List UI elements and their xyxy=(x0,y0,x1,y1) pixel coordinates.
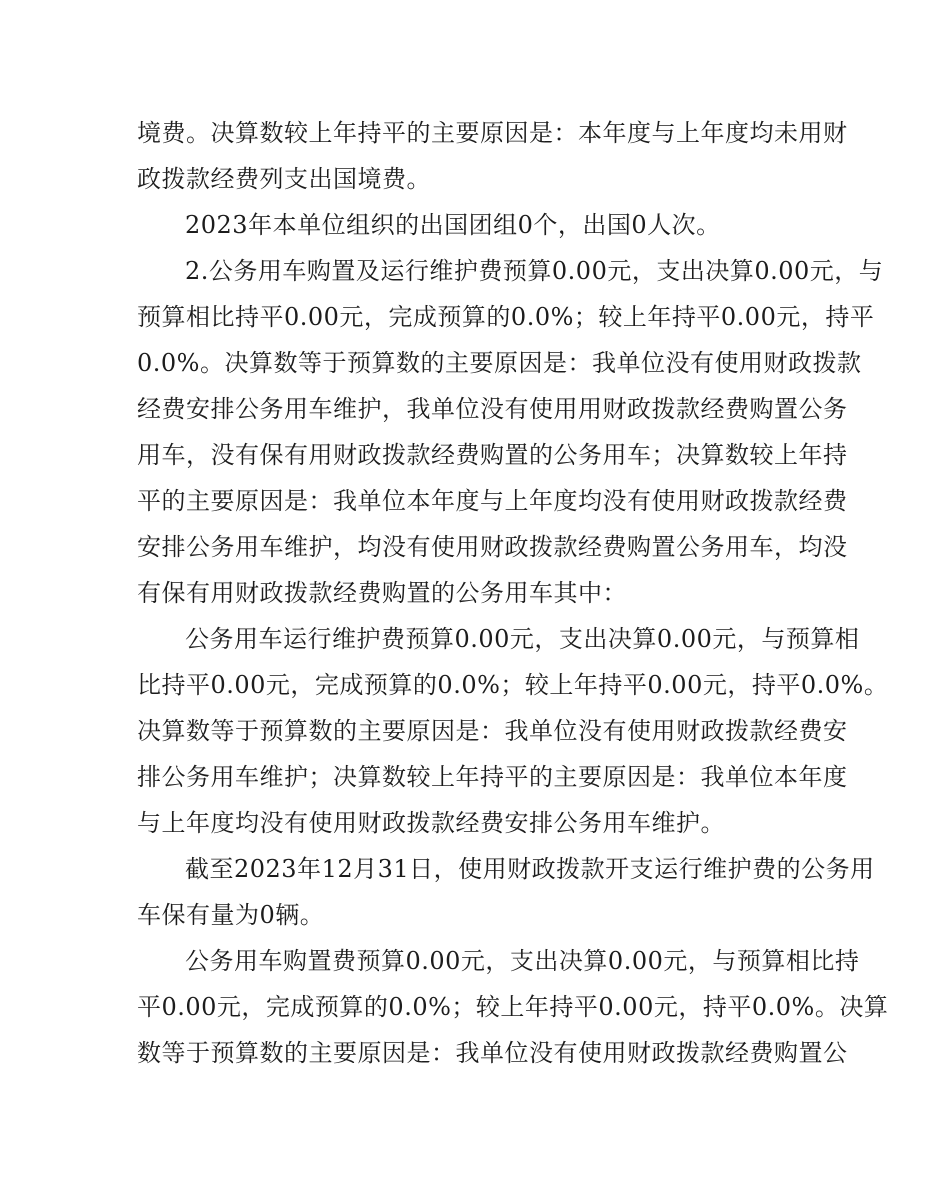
paragraph: 公务用车运行维护费预算0.00元，支出决算0.00元，与预算相比持平0.00元，… xyxy=(137,616,793,846)
text-line: 2023年本单位组织的出国团组0个，出国0人次。 xyxy=(137,202,793,248)
paragraph: 境费。决算数较上年持平的主要原因是：本年度与上年度均未用财政拨款经费列支出国境费… xyxy=(137,110,793,202)
text-line: 决算数等于预算数的主要原因是：我单位没有使用财政拨款经费安 xyxy=(137,708,793,754)
text-line: 0.0%。决算数等于预算数的主要原因是：我单位没有使用财政拨款 xyxy=(137,340,793,386)
paragraph: 截至2023年12月31日，使用财政拨款开支运行维护费的公务用车保有量为0辆。 xyxy=(137,846,793,938)
document-text-block: 境费。决算数较上年持平的主要原因是：本年度与上年度均未用财政拨款经费列支出国境费… xyxy=(137,110,793,1076)
paragraph: 公务用车购置费预算0.00元，支出决算0.00元，与预算相比持平0.00元，完成… xyxy=(137,938,793,1076)
text-line: 比持平0.00元，完成预算的0.0%；较上年持平0.00元，持平0.0%。 xyxy=(137,662,793,708)
text-line: 预算相比持平0.00元，完成预算的0.0%；较上年持平0.00元，持平 xyxy=(137,294,793,340)
text-line: 政拨款经费列支出国境费。 xyxy=(137,156,793,202)
paragraph: 2023年本单位组织的出国团组0个，出国0人次。 xyxy=(137,202,793,248)
text-line: 用车，没有保有用财政拨款经费购置的公务用车；决算数较上年持 xyxy=(137,432,793,478)
text-line: 与上年度均没有使用财政拨款经费安排公务用车维护。 xyxy=(137,800,793,846)
text-line: 平0.00元，完成预算的0.0%；较上年持平0.00元，持平0.0%。决算 xyxy=(137,984,793,1030)
text-line: 公务用车运行维护费预算0.00元，支出决算0.00元，与预算相 xyxy=(137,616,793,662)
text-line: 车保有量为0辆。 xyxy=(137,892,793,938)
text-line: 安排公务用车维护，均没有使用财政拨款经费购置公务用车，均没 xyxy=(137,524,793,570)
text-line: 2.公务用车购置及运行维护费预算0.00元，支出决算0.00元，与 xyxy=(137,248,793,294)
text-line: 平的主要原因是：我单位本年度与上年度均没有使用财政拨款经费 xyxy=(137,478,793,524)
text-line: 排公务用车维护；决算数较上年持平的主要原因是：我单位本年度 xyxy=(137,754,793,800)
text-line: 截至2023年12月31日，使用财政拨款开支运行维护费的公务用 xyxy=(137,846,793,892)
document-page: 境费。决算数较上年持平的主要原因是：本年度与上年度均未用财政拨款经费列支出国境费… xyxy=(0,0,927,1200)
text-line: 数等于预算数的主要原因是：我单位没有使用财政拨款经费购置公 xyxy=(137,1030,793,1076)
paragraph: 2.公务用车购置及运行维护费预算0.00元，支出决算0.00元，与预算相比持平0… xyxy=(137,248,793,616)
text-line: 经费安排公务用车维护，我单位没有使用用财政拨款经费购置公务 xyxy=(137,386,793,432)
text-line: 有保有用财政拨款经费购置的公务用车其中： xyxy=(137,570,793,616)
text-line: 公务用车购置费预算0.00元，支出决算0.00元，与预算相比持 xyxy=(137,938,793,984)
text-line: 境费。决算数较上年持平的主要原因是：本年度与上年度均未用财 xyxy=(137,110,793,156)
